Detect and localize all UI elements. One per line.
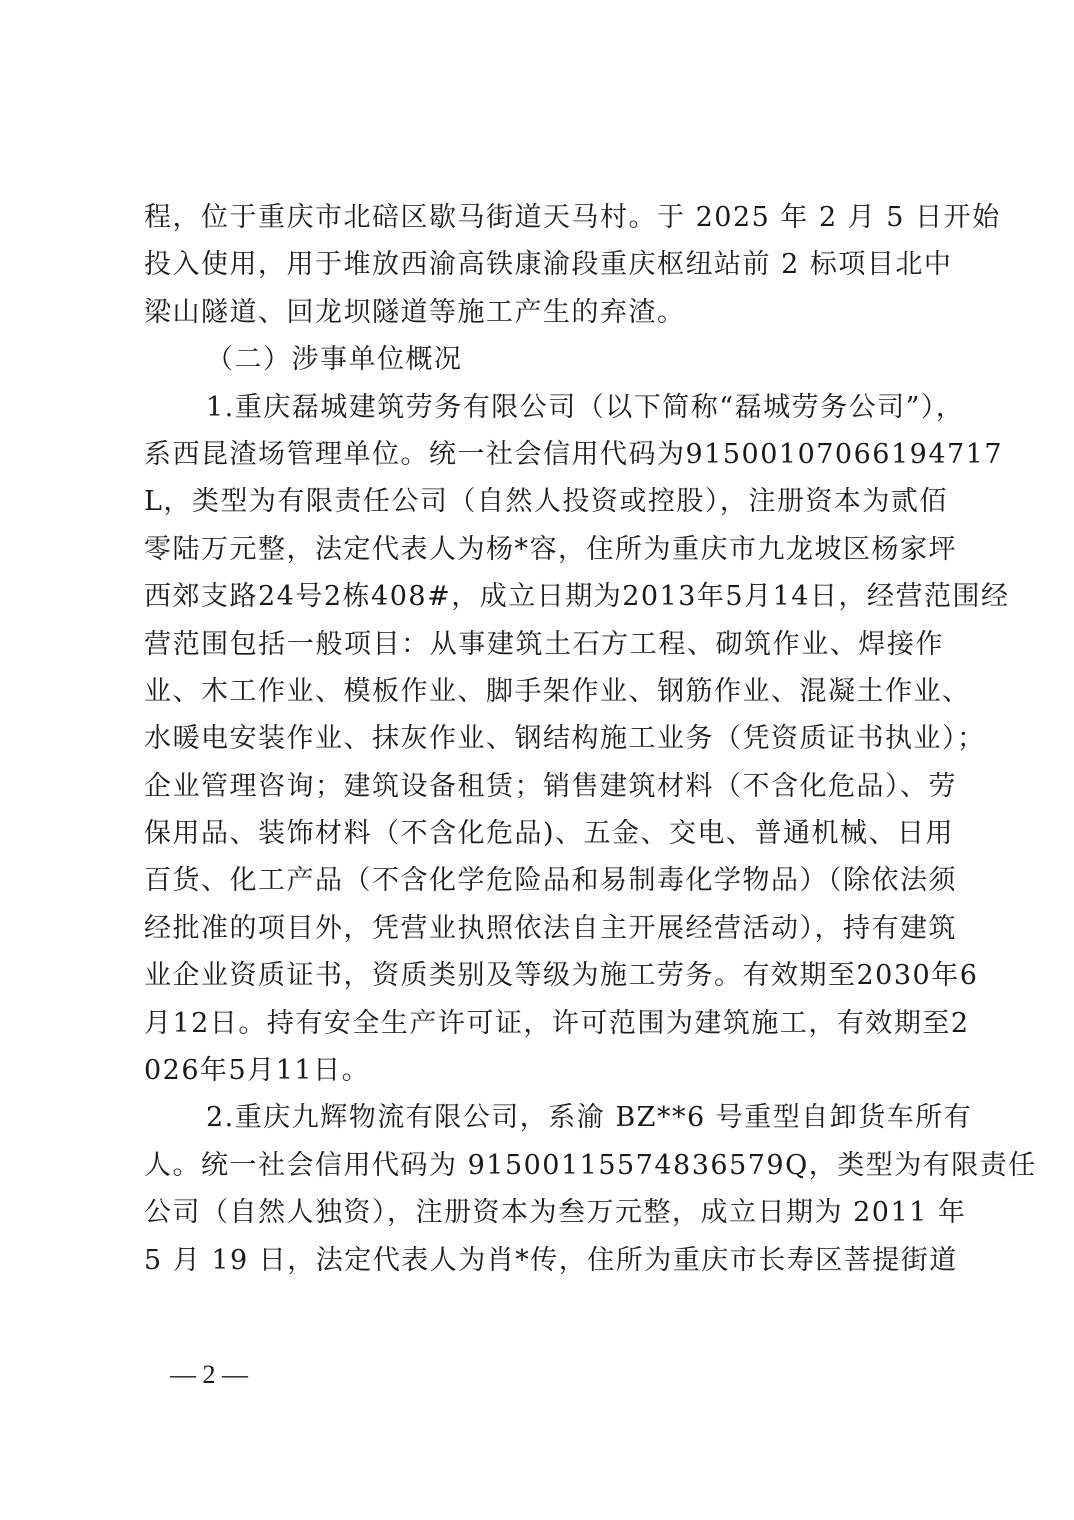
text-line: 保用品、装饰材料（不含化危品)、五金、交电、普通机械、日用 (144, 810, 944, 857)
document-page: 程，位于重庆市北碚区歇马街道天马村。于 2025 年 2 月 5 日开始 投入使… (144, 194, 944, 1284)
paragraph-intro: 程，位于重庆市北碚区歇马街道天马村。于 2025 年 2 月 5 日开始 投入使… (144, 194, 944, 336)
text-line: 投入使用，用于堆放西渝高铁康渝段重庆枢纽站前 2 标项目北中 (144, 241, 944, 288)
text-line: 公司（自然人独资），注册资本为叁万元整，成立日期为 2011 年 (144, 1189, 944, 1236)
text-line: L，类型为有限责任公司（自然人投资或控股），注册资本为贰佰 (144, 478, 944, 525)
text-line: 026年5月11日。 (144, 1047, 944, 1094)
paragraph-company-2: 2.重庆九辉物流有限公司，系渝 BZ**6 号重型自卸货车所有 人。统一社会信用… (144, 1094, 944, 1284)
text-line: 2.重庆九辉物流有限公司，系渝 BZ**6 号重型自卸货车所有 (144, 1094, 944, 1141)
text-line: 企业管理咨询；建筑设备租赁；销售建筑材料（不含化危品）、劳 (144, 763, 944, 810)
text-line: 系西昆渣场管理单位。统一社会信用代码为91500107066194717 (144, 431, 944, 478)
page-number: — 2 — (170, 1360, 248, 1390)
text-line: 1.重庆磊城建筑劳务有限公司（以下简称“磊城劳务公司”）， (144, 384, 944, 431)
text-line: 经批准的项目外，凭营业执照依法自主开展经营活动），持有建筑 (144, 905, 944, 952)
text-line: 月12日。持有安全生产许可证，许可范围为建筑施工，有效期至2 (144, 1000, 944, 1047)
text-line: 人。统一社会信用代码为 91500115574836579Q，类型为有限责任 (144, 1142, 944, 1189)
text-line: 程，位于重庆市北碚区歇马街道天马村。于 2025 年 2 月 5 日开始 (144, 194, 944, 241)
text-line: 水暖电安装作业、抹灰作业、钢结构施工业务（凭资质证书执业）； (144, 715, 944, 762)
text-line: 5 月 19 日，法定代表人为肖*传，住所为重庆市长寿区菩提街道 (144, 1237, 944, 1284)
text-line: 零陆万元整，法定代表人为杨*容，住所为重庆市九龙坡区杨家坪 (144, 526, 944, 573)
text-line: 梁山隧道、回龙坝隧道等施工产生的弃渣。 (144, 289, 944, 336)
text-line: 西郊支路24号2栋408#，成立日期为2013年5月14日，经营范围经 (144, 573, 944, 620)
text-line: 业、木工作业、模板作业、脚手架作业、钢筋作业、混凝土作业、 (144, 668, 944, 715)
text-line: 营范围包括一般项目：从事建筑土石方工程、砌筑作业、焊接作 (144, 621, 944, 668)
section-heading: （二）涉事单位概况 (144, 336, 944, 383)
paragraph-company-1: 1.重庆磊城建筑劳务有限公司（以下简称“磊城劳务公司”）， 系西昆渣场管理单位。… (144, 384, 944, 1095)
text-line: 业企业资质证书，资质类别及等级为施工劳务。有效期至2030年6 (144, 952, 944, 999)
text-line: 百货、化工产品（不含化学危险品和易制毒化学物品）（除依法须 (144, 857, 944, 904)
